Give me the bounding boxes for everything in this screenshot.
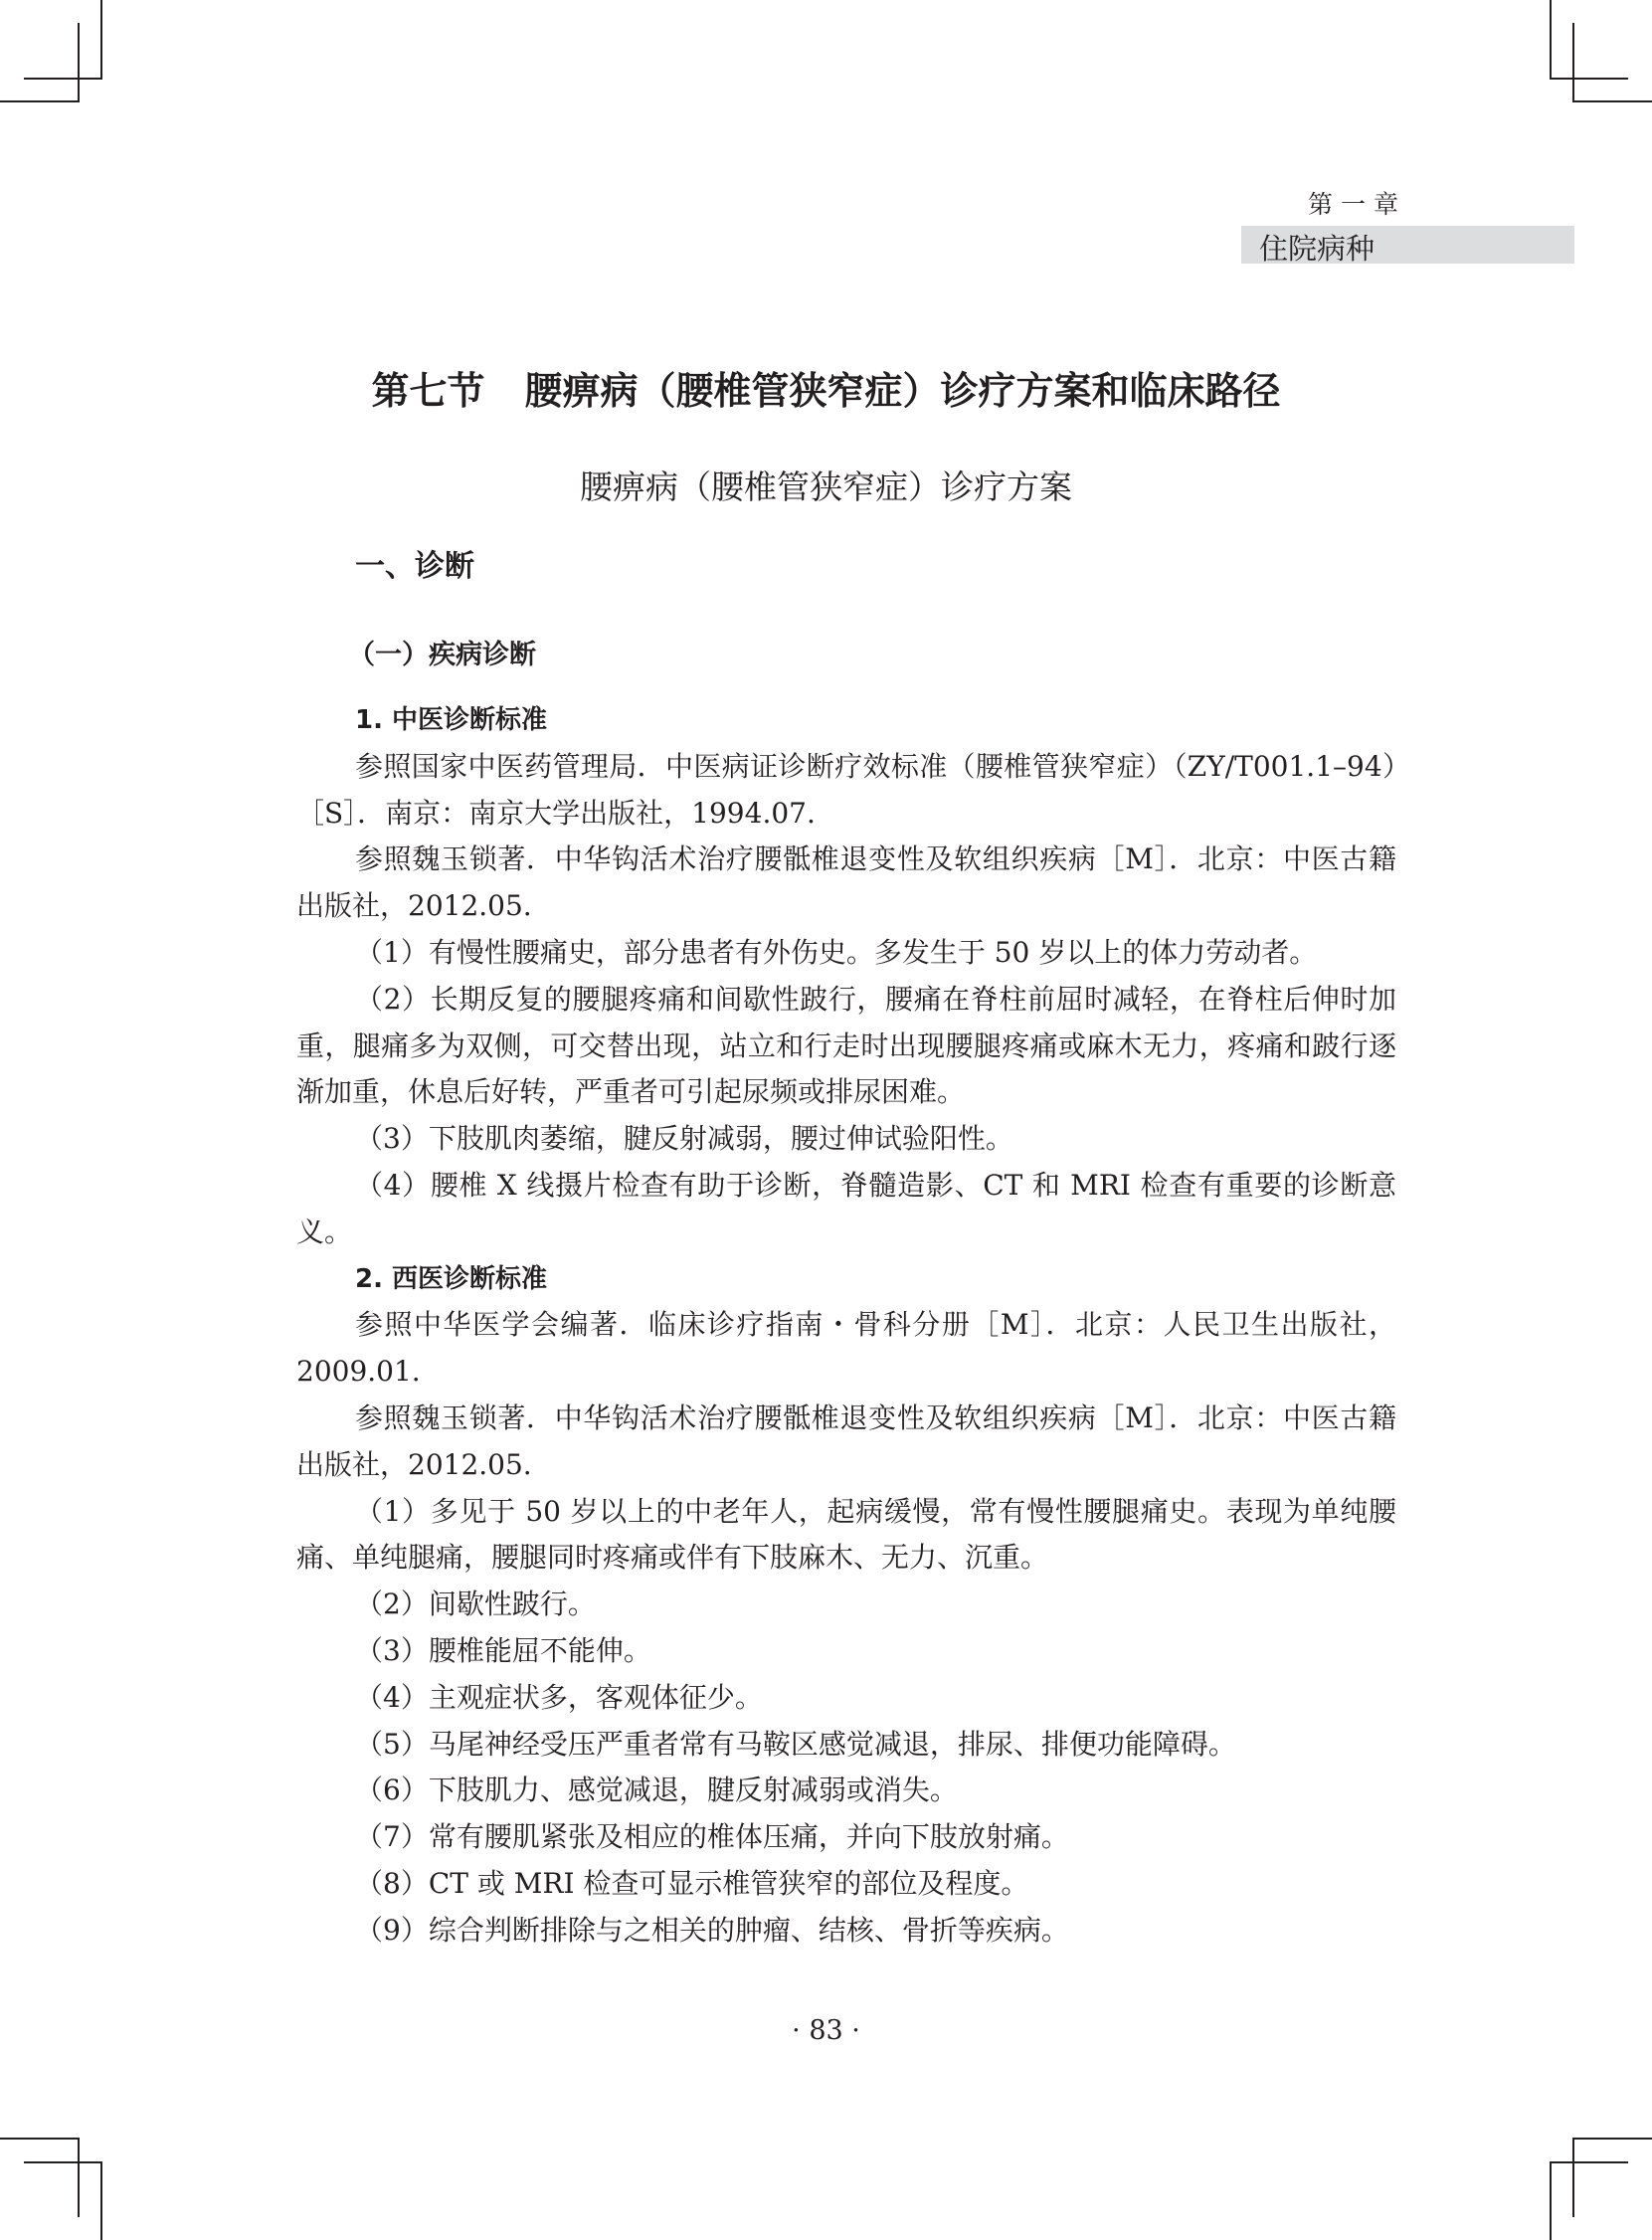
section-title: 第七节腰痹病（腰椎管狭窄症）诊疗方案和临床路径 bbox=[0, 360, 1652, 415]
heading-disease-diagnosis: （一）疾病诊断 bbox=[348, 633, 536, 671]
reference-paragraph: 参照魏玉锁著．中华钩活术治疗腰骶椎退变性及软组织疾病［M］．北京：中医古籍出版社… bbox=[296, 1396, 1396, 1489]
criteria-item: （1）有慢性腰痛史，部分患者有外伤史。多发生于 50 岁以上的体力劳动者。 bbox=[296, 930, 1396, 977]
criteria-item: （1）多见于 50 岁以上的中老年人，起病缓慢，常有慢性腰腿痛史。表现为单纯腰痛… bbox=[296, 1489, 1396, 1583]
reference-paragraph: 参照魏玉锁著．中华钩活术治疗腰骶椎退变性及软组织疾病［M］．北京：中医古籍出版社… bbox=[296, 837, 1396, 930]
criteria-item: （8）CT 或 MRI 检查可显示椎管狭窄的部位及程度。 bbox=[296, 1861, 1396, 1908]
header-band-label: 住院病种 bbox=[1259, 227, 1375, 268]
section-title-text: 腰痹病（腰椎管狭窄症）诊疗方案和临床路径 bbox=[525, 368, 1281, 413]
criteria-item: （2）间歇性跛行。 bbox=[296, 1582, 1396, 1628]
page-number: · 83 · bbox=[0, 2015, 1652, 2046]
criteria-item: （7）常有腰肌紧张及相应的椎体压痛，并向下肢放射痛。 bbox=[296, 1814, 1396, 1861]
section-number: 第七节 bbox=[371, 368, 484, 413]
tcm-criteria-heading: 1. 中医诊断标准 bbox=[296, 697, 1396, 744]
criteria-item: （5）马尾神经受压严重者常有马鞍区感觉减退，排尿、排便功能障碍。 bbox=[296, 1722, 1396, 1769]
page-subtitle: 腰痹病（腰椎管狭窄症）诊疗方案 bbox=[0, 462, 1652, 508]
wm-criteria-heading: 2. 西医诊断标准 bbox=[296, 1256, 1396, 1303]
criteria-item: （4）腰椎 X 线摄片检查有助于诊断，脊髓造影、CT 和 MRI 检查有重要的诊… bbox=[296, 1163, 1396, 1256]
header-band: 住院病种 bbox=[1241, 226, 1574, 264]
body-text: 1. 中医诊断标准 参照国家中医药管理局．中医病证诊断疗效标准（腰椎管狭窄症）（… bbox=[296, 697, 1396, 1955]
criteria-item: （2）长期反复的腰腿疼痛和间歇性跛行，腰痛在脊柱前屈时减轻，在脊柱后伸时加重，腿… bbox=[296, 977, 1396, 1116]
reference-paragraph: 参照国家中医药管理局．中医病证诊断疗效标准（腰椎管狭窄症）（ZY/T001.1–… bbox=[296, 744, 1396, 838]
chapter-label: 第一章 bbox=[1308, 185, 1406, 221]
heading-diagnosis: 一、诊断 bbox=[355, 541, 474, 585]
reference-paragraph: 参照中华医学会编著．临床诊疗指南・骨科分册［M］．北京：人民卫生出版社，2009… bbox=[296, 1302, 1396, 1396]
criteria-item: （3）腰椎能屈不能伸。 bbox=[296, 1628, 1396, 1675]
criteria-item: （6）下肢肌力、感觉减退，腱反射减弱或消失。 bbox=[296, 1768, 1396, 1814]
criteria-item: （4）主观症状多，客观体征少。 bbox=[296, 1675, 1396, 1722]
criteria-item: （3）下肢肌肉萎缩，腱反射减弱，腰过伸试验阳性。 bbox=[296, 1116, 1396, 1163]
criteria-item: （9）综合判断排除与之相关的肿瘤、结核、骨折等疾病。 bbox=[296, 1908, 1396, 1955]
